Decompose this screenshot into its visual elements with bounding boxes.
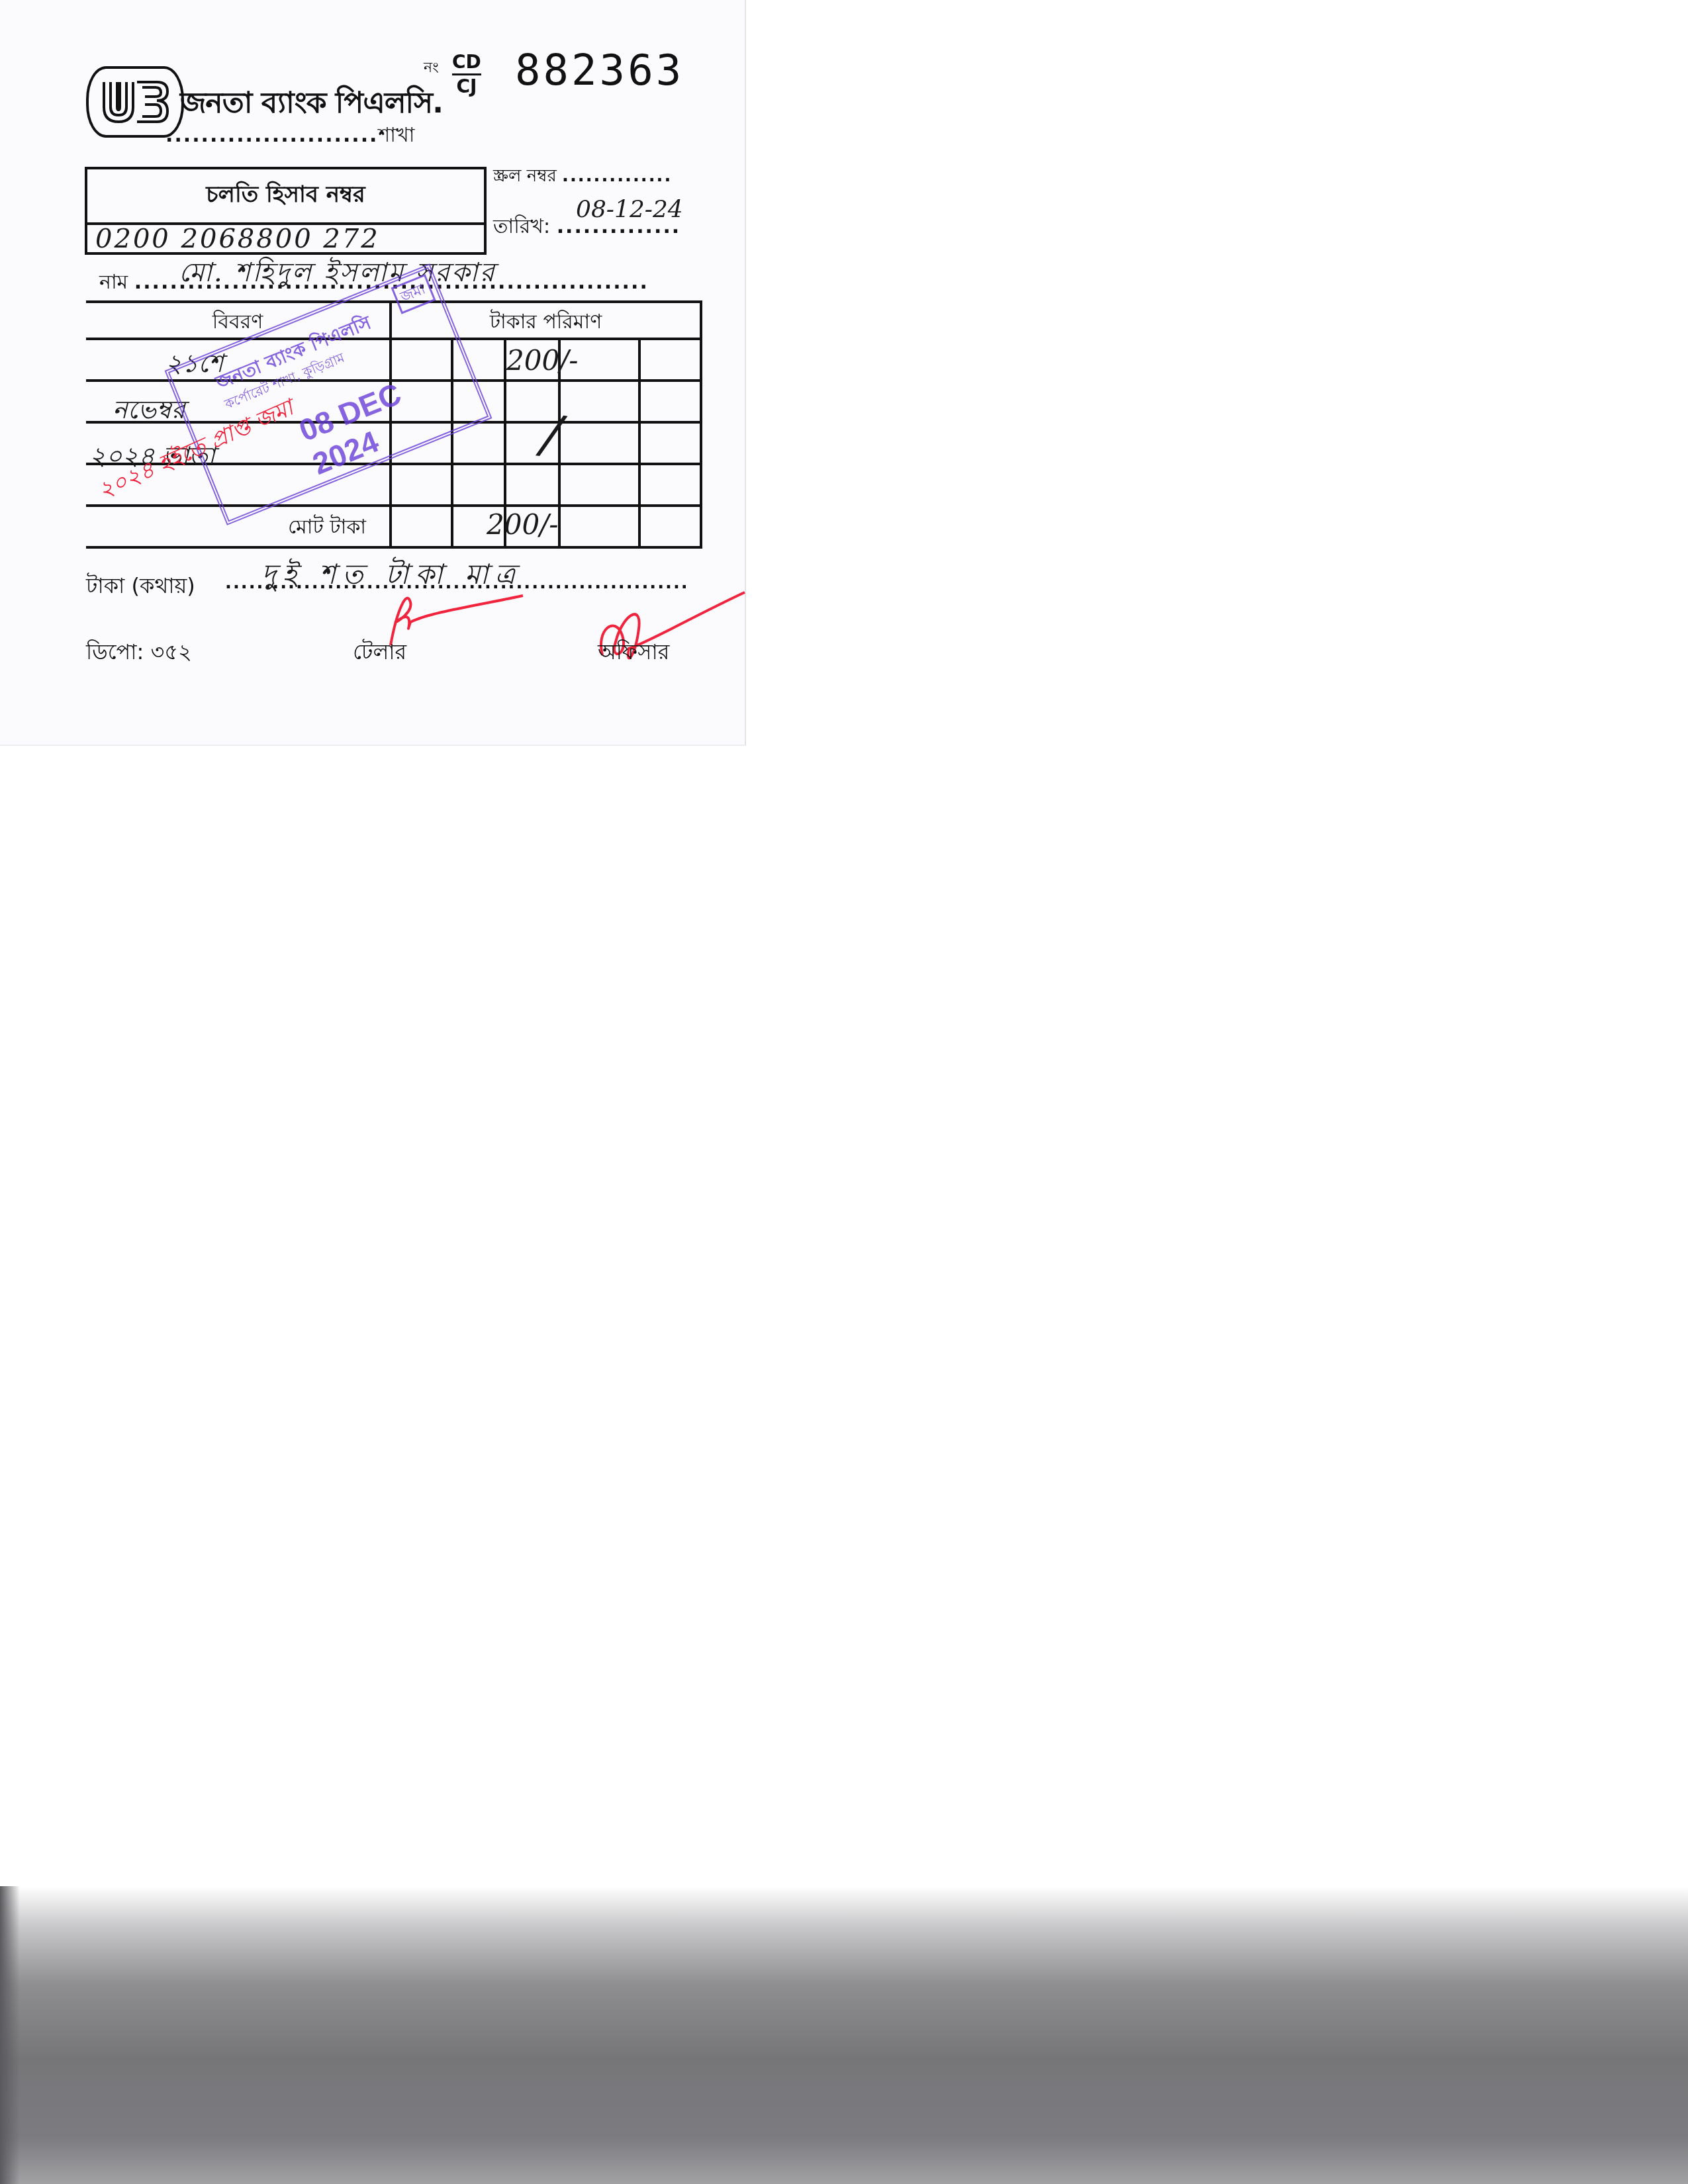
table-rule (86, 546, 702, 549)
deposit-slip: জনতা ব্যাংক পিএলসি. নং CD CJ 882363 ....… (0, 0, 746, 746)
amount-in-words-label: টাকা (কথায়) (86, 569, 195, 605)
total-label: মোট টাকা (265, 511, 389, 545)
description-line-2: নভেম্বর (113, 390, 185, 433)
check-mark: / (539, 403, 565, 467)
stamp-tag: জমা (391, 274, 436, 314)
teller-label: টেলার (353, 635, 406, 671)
officer-label: অফিসার (598, 635, 669, 671)
table-divider (638, 338, 641, 549)
scanner-shadow (0, 1886, 1688, 2184)
table-divider (700, 300, 702, 549)
total-amount: 200/- (487, 508, 559, 541)
depot-label: ডিপো: ৩৫২ (86, 635, 192, 671)
row-amount: 200/- (506, 344, 579, 377)
table-rule (86, 504, 702, 507)
